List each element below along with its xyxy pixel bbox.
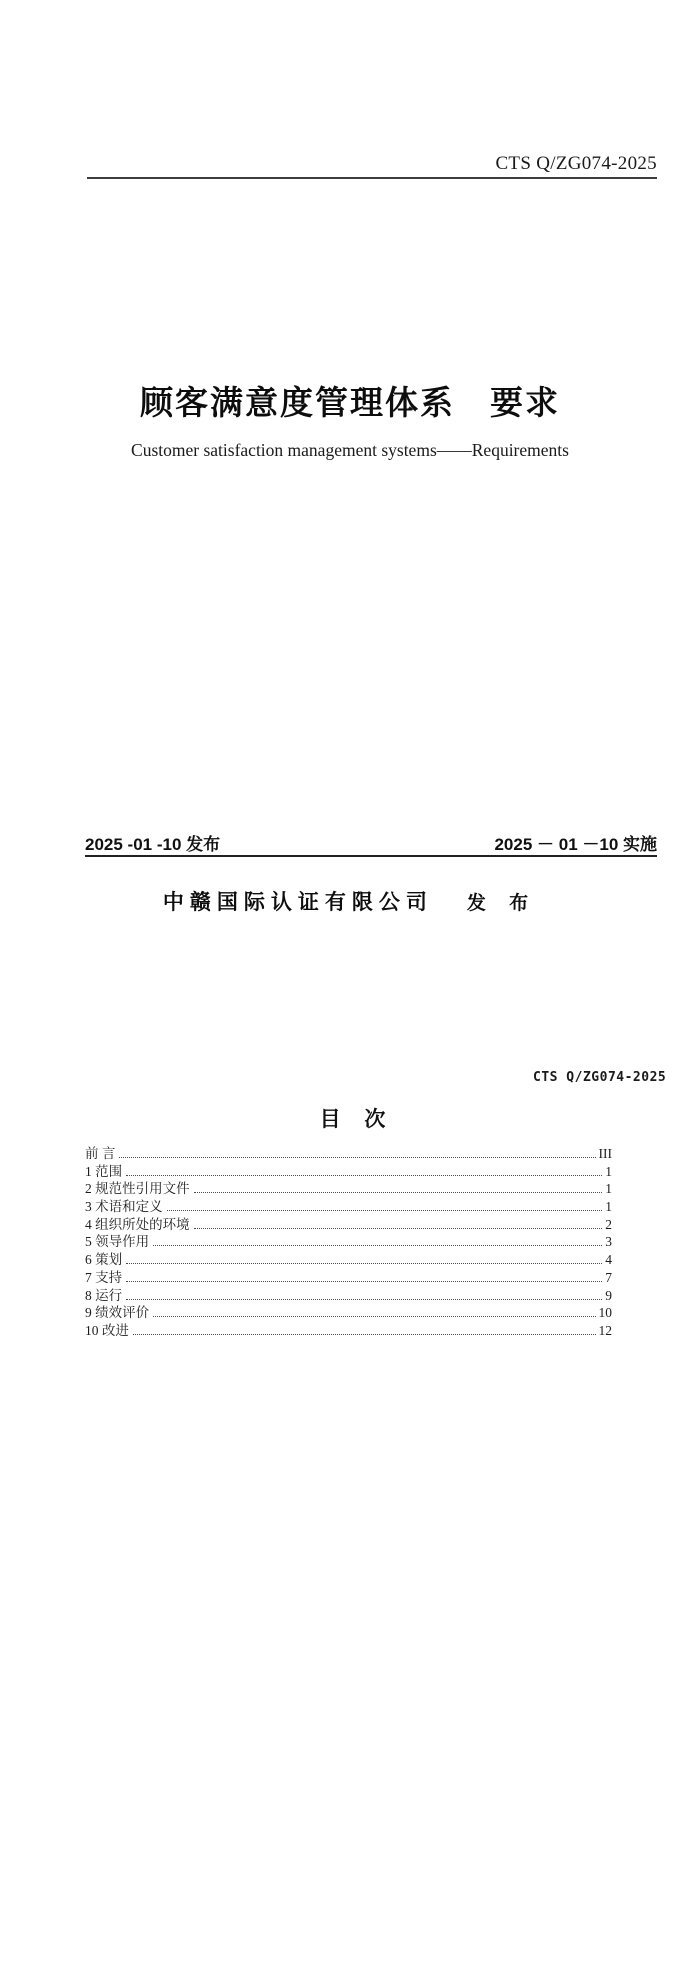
toc-entry-normative-references: 2 规范性引用文件 1 [85,1177,612,1195]
toc-entry-foreword: 前 言 III [85,1142,612,1160]
implement-date: 2025 － 01 －10 实施 [494,830,657,855]
toc-dot-leader [119,1157,595,1158]
toc-entry-terms-definitions: 3 术语和定义 1 [85,1195,612,1213]
publisher-row: 中赣国际认证有限公司 发 布 [0,886,700,916]
document-title-en: Customer satisfaction management systems… [0,440,700,461]
header-divider [87,177,657,179]
toc-entry-planning: 6 策划 4 [85,1248,612,1266]
toc-dot-leader [194,1228,603,1229]
toc-entry-label: 10 改进 [85,1319,131,1339]
toc-entry-page: 1 [604,1199,612,1215]
dates-row: 2025 -01 -10 发布 2025 － 01 －10 实施 [85,830,657,855]
toc-entry-support: 7 支持 7 [85,1266,612,1284]
toc-entry-performance-evaluation: 9 绩效评价 10 [85,1301,612,1319]
toc-entry-improvement: 10 改进 12 [85,1319,612,1337]
toc-entry-page: 7 [604,1270,612,1286]
toc-dot-leader [194,1192,603,1193]
toc-dot-leader [133,1334,596,1335]
toc-entry-page: 10 [598,1305,613,1321]
toc-dot-leader [153,1245,602,1246]
toc-dot-leader [126,1175,602,1176]
toc-title: 目 次 [0,1103,700,1133]
toc-entry-page: 1 [604,1164,612,1180]
toc-list: 前 言 III 1 范围 1 2 规范性引用文件 1 3 术语和定义 1 4 组… [85,1142,612,1337]
toc-entry-scope: 1 范围 1 [85,1160,612,1178]
toc-entry-operation: 8 运行 9 [85,1284,612,1302]
toc-entry-page: III [598,1146,613,1162]
toc-dot-leader [153,1316,595,1317]
doc-number-header: CTS Q/ZG074-2025 [87,153,657,175]
toc-entry-context-of-organization: 4 组织所处的环境 2 [85,1213,612,1231]
publisher-name: 中赣国际认证有限公司 [163,886,433,916]
issue-date: 2025 -01 -10 发布 [85,830,220,855]
toc-entry-page: 3 [604,1234,612,1250]
dates-divider [85,855,657,857]
toc-entry-page: 1 [604,1181,612,1197]
toc-dot-leader [126,1263,602,1264]
toc-entry-page: 12 [598,1323,613,1339]
toc-entry-page: 2 [604,1217,612,1233]
toc-dot-leader [167,1210,603,1211]
document-title-zh: 顾客满意度管理体系 要求 [0,377,700,424]
toc-dot-leader [126,1281,602,1282]
toc-entry-leadership: 5 领导作用 3 [85,1230,612,1248]
publish-label: 发 布 [467,888,537,915]
toc-entry-page: 4 [604,1252,612,1268]
toc-dot-leader [126,1299,602,1300]
doc-number-toc-header: CTS Q/ZG074-2025 [533,1070,666,1085]
toc-entry-page: 9 [604,1288,612,1304]
document-page: CTS Q/ZG074-2025 顾客满意度管理体系 要求 Customer s… [0,0,700,1978]
